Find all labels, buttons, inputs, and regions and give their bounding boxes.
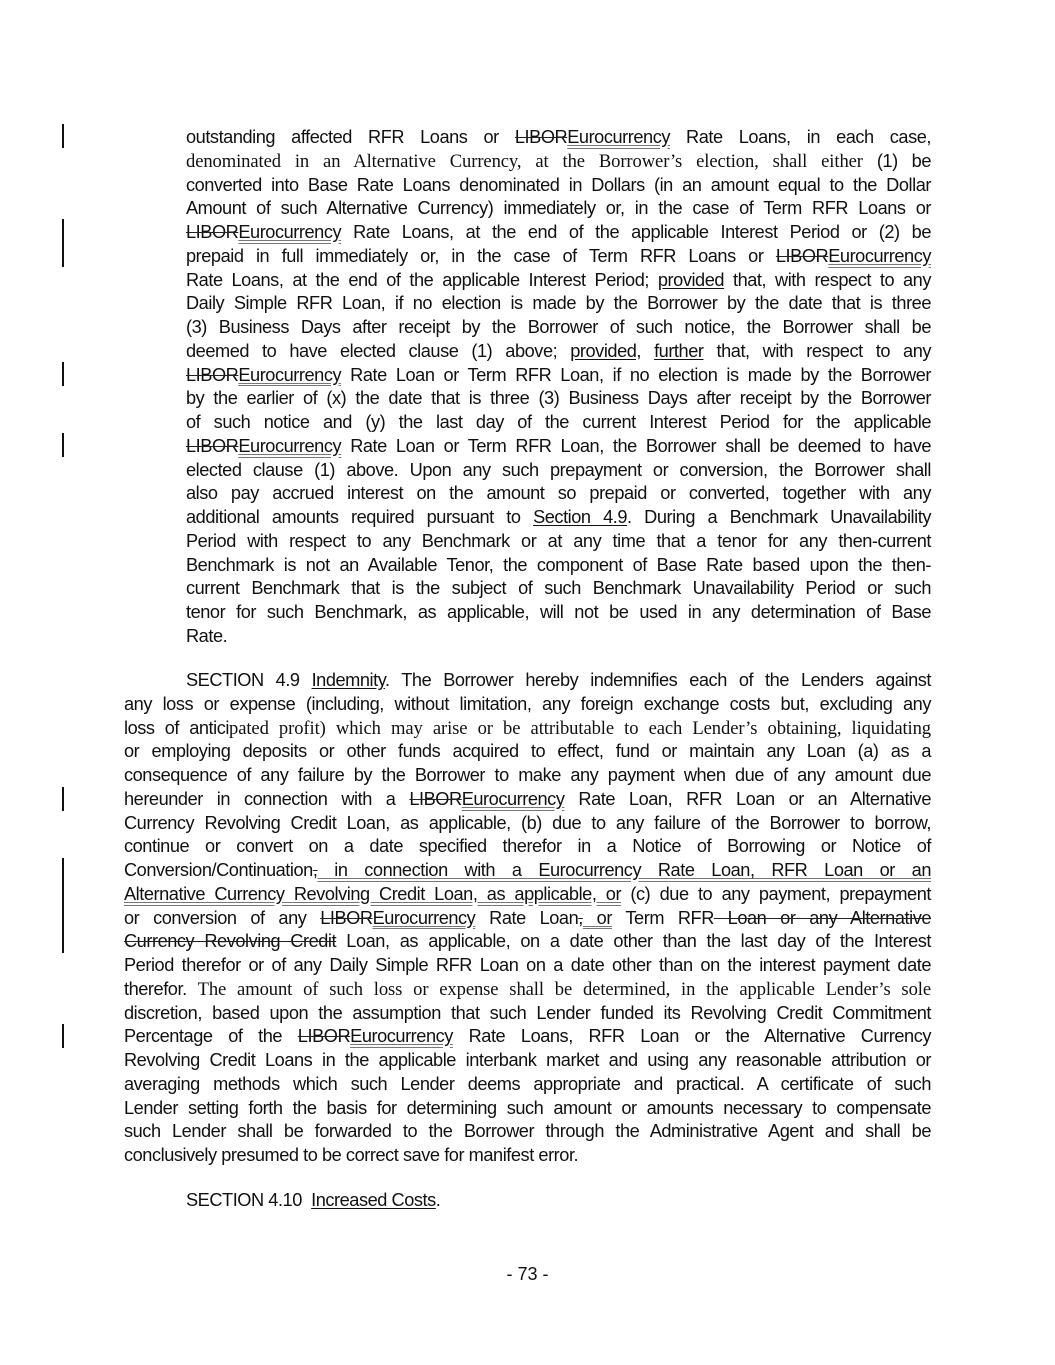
text-line: also pay accrued interest on the amount … — [186, 482, 931, 504]
section-title-period: . — [436, 1190, 441, 1210]
text-run: deemed to have elected clause (1) above; — [186, 341, 570, 361]
text-run: Conversion/Continuation — [124, 860, 313, 880]
text-run: by the earlier of (x) the date that is t… — [186, 388, 931, 408]
text-line: Currency Revolving Credit Loan, as appli… — [124, 812, 931, 834]
text-run: Percentage of the — [124, 1026, 298, 1046]
text-run: converted into Base Rate Loans denominat… — [186, 175, 931, 195]
text-line: or conversion of any LIBOREurocurrency R… — [124, 907, 931, 929]
text-line: therefor. The amount of such loss or exp… — [124, 978, 931, 1000]
deleted-text: LIBOR — [776, 246, 828, 266]
text-line: Lender setting forth the basis for deter… — [124, 1097, 931, 1119]
text-run: elected clause (1) above. Upon any such … — [186, 460, 931, 480]
change-bar — [62, 362, 64, 386]
page-number: - 73 - — [0, 1264, 1055, 1285]
text-run: Currency Revolving Credit Loan, as appli… — [124, 813, 931, 833]
text-line: discretion, based upon the assumption th… — [124, 1002, 931, 1024]
text-run: also pay accrued interest on the amount … — [186, 483, 931, 503]
text-line: SECTION 4.9 Indemnity. The Borrower here… — [186, 669, 931, 691]
text-line: (3) Business Days after receipt by the B… — [186, 316, 931, 338]
text-run: Rate. — [186, 626, 227, 646]
text-run: such Lender shall be forwarded to the Bo… — [124, 1121, 931, 1141]
text-line: denominated in an Alternative Currency, … — [186, 150, 931, 172]
text-line: averaging methods which such Lender deem… — [124, 1073, 931, 1095]
text-run: therefor. — [124, 979, 198, 999]
text-line: elected clause (1) above. Upon any such … — [186, 459, 931, 481]
text-line: of such notice and (y) the last day of t… — [186, 411, 931, 433]
text-line: prepaid in full immediately or, in the c… — [186, 245, 931, 267]
text-run: Lender setting forth the basis for deter… — [124, 1098, 931, 1118]
text-run: that, with respect to any — [724, 270, 931, 290]
text-line: current Benchmark that is the subject of… — [186, 577, 931, 599]
text-run: additional amounts required pursuant to — [186, 507, 533, 527]
text-run: (c) due to any payment, prepayment — [621, 884, 931, 904]
text-run: discretion, based upon the assumption th… — [124, 1003, 931, 1023]
text-run: (3) Business Days after receipt by the B… — [186, 317, 931, 337]
text-run: Daily Simple RFR Loan, if no election is… — [186, 293, 931, 313]
text-run: prepaid in full immediately or, in the c… — [186, 246, 776, 266]
text-run: SECTION 4.9 — [186, 670, 312, 690]
text-run: Rate Loan, RFR Loan or an Alternative — [564, 789, 931, 809]
inserted-text: Alternative Currency Revolving Credit Lo… — [124, 884, 621, 904]
text-run: Period therefor or of any Daily Simple R… — [124, 955, 931, 975]
deleted-text: LIBOR — [320, 908, 372, 928]
text-run: or conversion of any — [124, 908, 320, 928]
change-bar — [62, 1024, 64, 1048]
text-run: Rate Loan or Term RFR Loan, the Borrower… — [341, 436, 931, 456]
text-run-serif: denominated in an Alternative Currency, … — [186, 151, 877, 172]
text-line: hereunder in connection with a LIBOREuro… — [124, 788, 931, 810]
text-run: of such notice and (y) the last day of t… — [186, 412, 931, 432]
change-bar — [62, 124, 64, 148]
text-run: hereunder in connection with a — [124, 789, 409, 809]
text-line: Percentage of the LIBOREurocurrency Rate… — [124, 1025, 931, 1047]
text-run: Rate Loans, RFR Loan or the Alternative … — [453, 1026, 931, 1046]
text-run: . During a Benchmark Unavailability — [627, 507, 931, 527]
inserted-text: Eurocurrency — [350, 1026, 453, 1046]
text-line: any loss or expense (including, without … — [124, 693, 931, 715]
text-run: Benchmark is not an Available Tenor, the… — [186, 555, 931, 575]
text-run: current Benchmark that is the subject of… — [186, 578, 931, 598]
text-line: by the earlier of (x) the date that is t… — [186, 387, 931, 409]
underlined-term: Section 4.9 — [533, 507, 627, 527]
change-bar — [62, 433, 64, 457]
change-bar — [62, 787, 64, 811]
text-line: outstanding affected RFR Loans or LIBORE… — [186, 126, 931, 148]
text-line: conclusively presumed to be correct save… — [124, 1144, 931, 1166]
text-run: Rate Loan or Term RFR Loan, if no electi… — [341, 365, 931, 385]
deleted-text: LIBOR — [409, 789, 461, 809]
text-run: that, with respect to any — [703, 341, 931, 361]
text-run: Term RFR — [612, 908, 714, 928]
underlined-term: Indemnity — [312, 670, 385, 690]
text-run: averaging methods which such Lender deem… — [124, 1074, 931, 1094]
text-line: Daily Simple RFR Loan, if no election is… — [186, 292, 931, 314]
deleted-text: Currency Revolving Credit — [124, 931, 336, 951]
text-run: continue or convert on a date specified … — [124, 836, 931, 856]
deleted-text: LIBOR — [186, 436, 238, 456]
text-run: consequence of any failure by the Borrow… — [124, 765, 931, 785]
text-run: or employing deposits or other funds acq… — [124, 741, 931, 761]
text-line: Rate Loans, at the end of the applicable… — [186, 269, 931, 291]
text-line: Conversion/Continuation, in connection w… — [124, 859, 931, 881]
text-run: (1) be — [877, 151, 931, 171]
text-line: deemed to have elected clause (1) above;… — [186, 340, 931, 362]
inserted-text: Eurocurrency — [567, 127, 670, 147]
inserted-text: or — [583, 908, 612, 928]
text-line: LIBOREurocurrency Rate Loans, at the end… — [186, 221, 931, 243]
text-line: Alternative Currency Revolving Credit Lo… — [124, 883, 931, 905]
text-run: Rate Loans, at the end of the applicable… — [341, 222, 931, 242]
document-page: outstanding affected RFR Loans or LIBORE… — [0, 0, 1055, 1365]
text-run — [641, 341, 654, 361]
text-run-serif: The amount of such loss or expense shall… — [198, 979, 931, 1000]
text-line: or employing deposits or other funds acq… — [124, 740, 931, 762]
text-run: Rate Loans, in each case, — [670, 127, 931, 147]
text-line: Rate. — [186, 625, 931, 647]
inserted-text: Eurocurrency — [238, 436, 341, 456]
text-run: conclusively presumed to be correct save… — [124, 1145, 578, 1165]
change-bar — [62, 219, 64, 267]
text-run: Rate Loans, at the end of the applicable… — [186, 270, 658, 290]
underlined-term: provided, — [570, 341, 641, 361]
text-run: any loss or expense (including, without … — [124, 694, 931, 714]
inserted-text: Eurocurrency — [373, 908, 476, 928]
text-line: converted into Base Rate Loans denominat… — [186, 174, 931, 196]
inserted-text: Eurocurrency — [462, 789, 565, 809]
text-line: such Lender shall be forwarded to the Bo… — [124, 1120, 931, 1142]
text-run: Loan, as applicable, on a date other tha… — [336, 931, 931, 951]
section-4-10-heading: SECTION 4.10 Increased Costs. — [186, 1189, 440, 1211]
deleted-text: LIBOR — [186, 222, 238, 242]
text-run: . The Borrower hereby indemnifies each o… — [385, 670, 931, 690]
text-line: Amount of such Alternative Currency) imm… — [186, 197, 931, 219]
text-run: outstanding affected RFR Loans or — [186, 127, 515, 147]
text-run: Amount of such Alternative Currency) imm… — [186, 198, 931, 218]
underlined-term: provided — [658, 270, 724, 290]
inserted-text: in connection with a Eurocurrency Rate L… — [317, 860, 931, 880]
deleted-text: Loan or any Alternative — [714, 908, 931, 928]
text-line: Revolving Credit Loans in the applicable… — [124, 1049, 931, 1071]
inserted-text: Eurocurrency — [828, 246, 931, 266]
text-line: LIBOREurocurrency Rate Loan or Term RFR … — [186, 364, 931, 386]
underlined-term: further — [654, 341, 703, 361]
change-bar — [62, 858, 64, 953]
text-line: loss of anticipated profit) which may ar… — [124, 717, 931, 739]
inserted-text: Eurocurrency — [238, 365, 341, 385]
deleted-text: LIBOR — [186, 365, 238, 385]
text-line: LIBOREurocurrency Rate Loan or Term RFR … — [186, 435, 931, 457]
text-line: Benchmark is not an Available Tenor, the… — [186, 554, 931, 576]
text-run: Rate Loan — [475, 908, 578, 928]
deleted-text: LIBOR — [515, 127, 567, 147]
text-line: continue or convert on a date specified … — [124, 835, 931, 857]
text-line: tenor for such Benchmark, as applicable,… — [186, 601, 931, 623]
section-title: Increased Costs — [311, 1190, 436, 1210]
text-run: Revolving Credit Loans in the applicable… — [124, 1050, 931, 1070]
text-run: loss of antici — [124, 718, 229, 738]
text-run: Period with respect to any Benchmark or … — [186, 531, 931, 551]
text-line: consequence of any failure by the Borrow… — [124, 764, 931, 786]
text-run: tenor for such Benchmark, as applicable,… — [186, 602, 931, 622]
text-line: Period therefor or of any Daily Simple R… — [124, 954, 931, 976]
inserted-text: Eurocurrency — [238, 222, 341, 242]
text-run-serif: pated profit) which may arise or be attr… — [229, 718, 931, 739]
text-line: Period with respect to any Benchmark or … — [186, 530, 931, 552]
section-number: SECTION 4.10 — [186, 1190, 302, 1210]
text-line: additional amounts required pursuant to … — [186, 506, 931, 528]
text-line: Currency Revolving Credit Loan, as appli… — [124, 930, 931, 952]
deleted-text: LIBOR — [298, 1026, 350, 1046]
